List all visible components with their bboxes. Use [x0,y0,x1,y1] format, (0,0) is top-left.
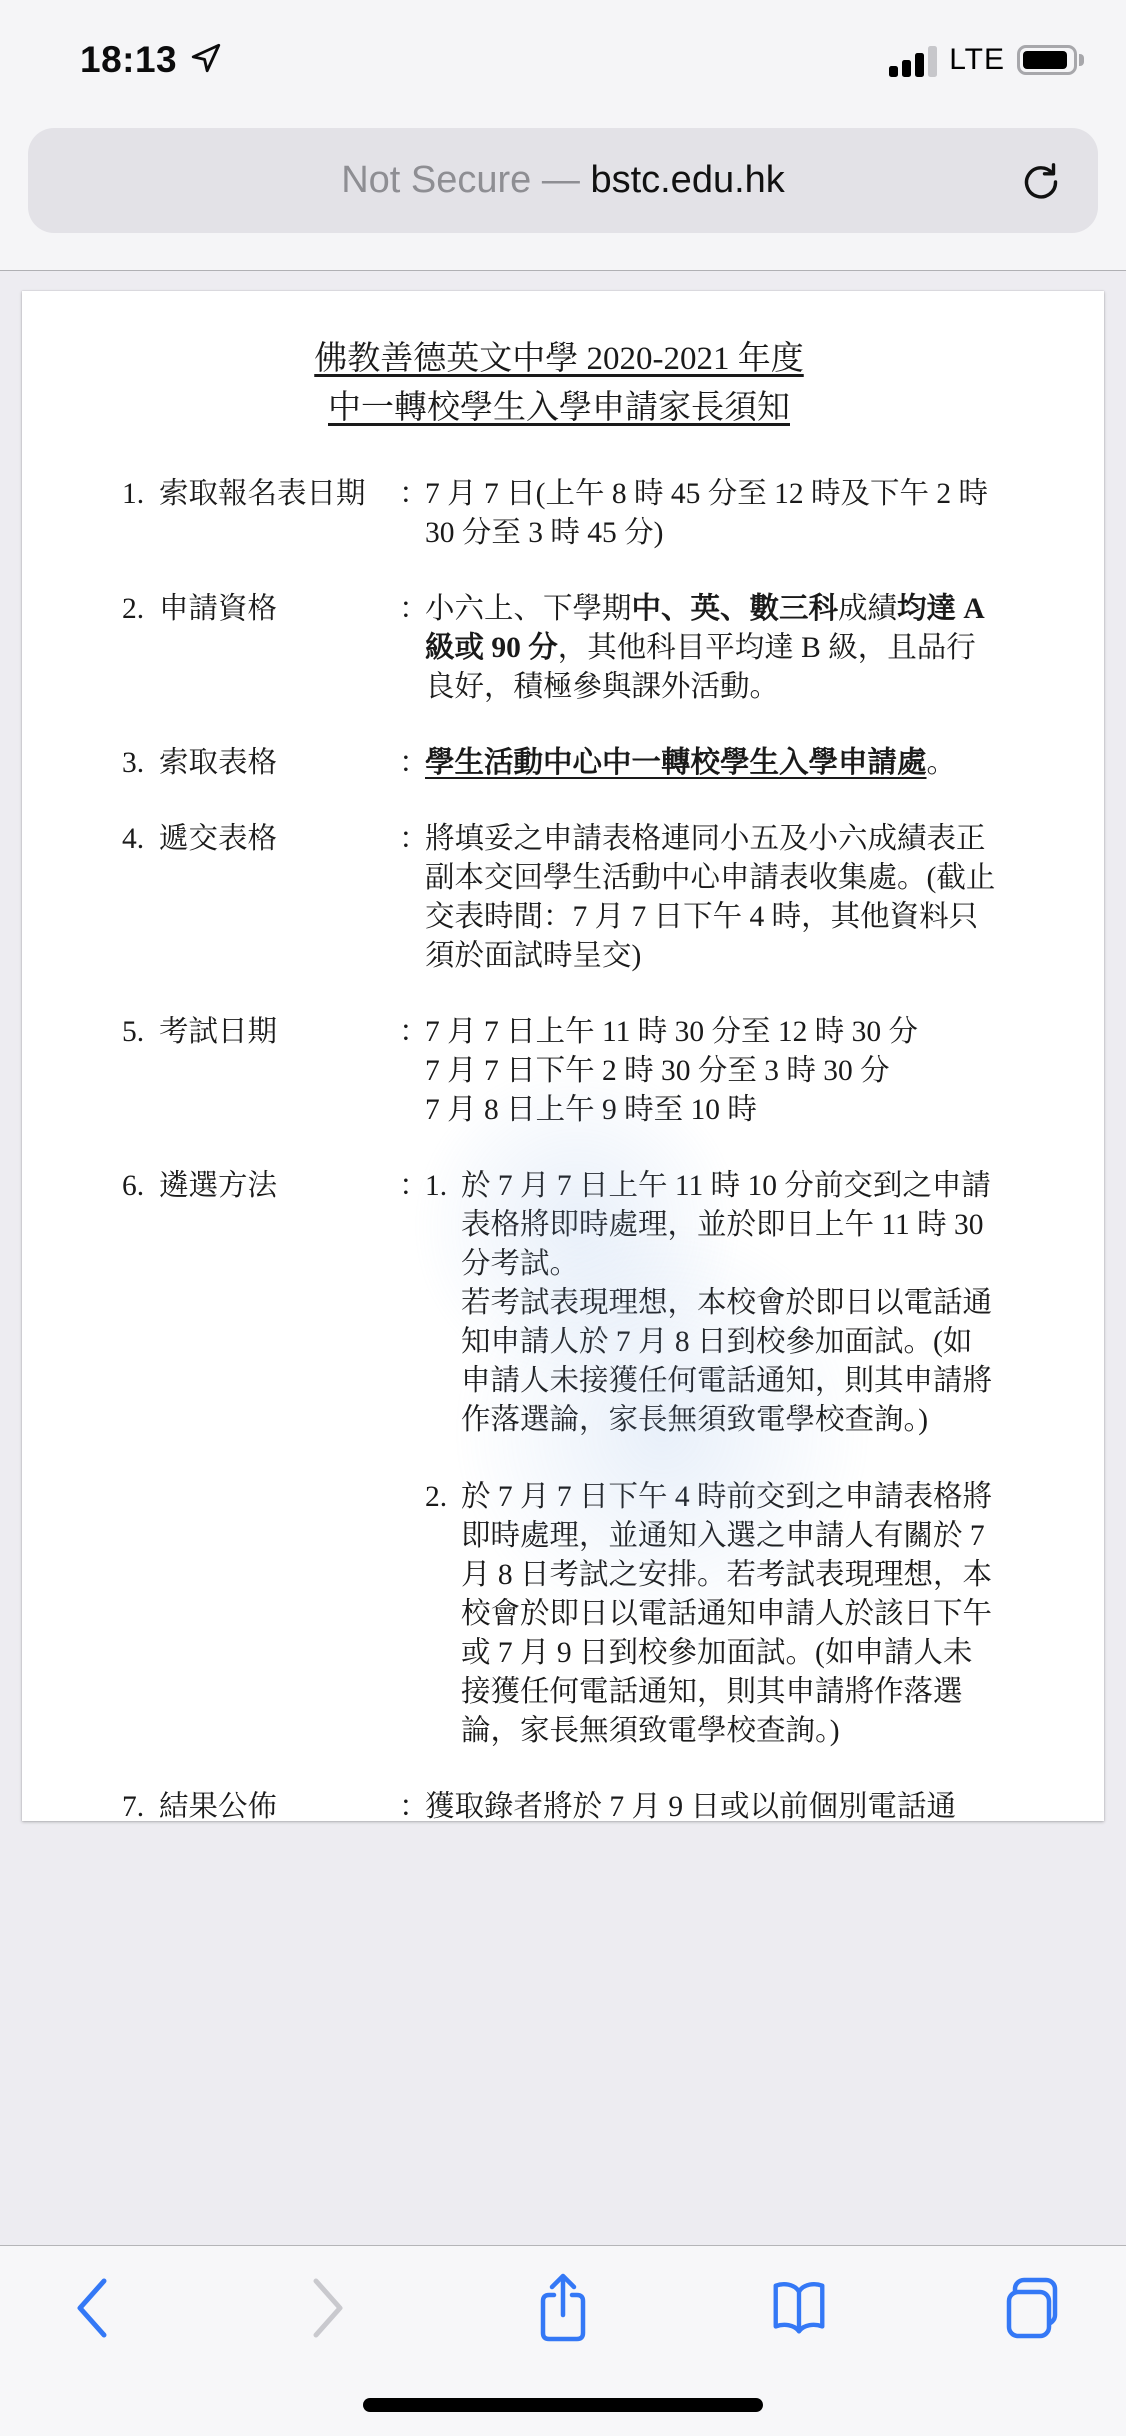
bookmarks-icon[interactable] [767,2272,831,2344]
url-text: Not Secure — bstc.edu.hk [341,159,785,202]
list-item-selection-method: 6. 遴選方法 ： 1. 於 7 月 7 日上午 11 時 10 分前交到之申請… [122,1167,996,1751]
selection-sub-item-2: 2. 於 7 月 7 日下午 4 時前交到之申請表格將即時處理，並通知入選之申請… [425,1478,996,1751]
battery-icon [1017,45,1084,75]
item-colon: ： [399,1013,425,1130]
item-colon: ： [399,475,425,553]
share-icon[interactable] [531,2272,595,2344]
item-number: 7. [122,1788,159,1821]
list-item-form-submission: 4. 遞交表格 ： 將填妥之申請表格連同小五及小六成績表正副本交回學生活動中心申… [122,820,996,976]
document-title-line1: 佛教善德英文中學 2020-2021 年度 [122,335,996,384]
item-content: 獲取錄者將於 7 月 9 日或以前個別電話通知。(如申請人未接獲任何電話通知，則… [425,1788,996,1821]
item-label: 申請資格 [159,590,399,707]
network-type-label: LTE [949,43,1005,77]
url-domain: bstc.edu.hk [590,159,784,201]
list-item-application-form-date: 1. 索取報名表日期 ： 7 月 7 日(上午 8 時 45 分至 12 時及下… [122,475,996,553]
item-colon: ： [399,1788,425,1821]
list-item-result-announcement: 7. 結果公佈 ： 獲取錄者將於 7 月 9 日或以前個別電話通知。(如申請人未… [122,1788,996,1821]
item-number: 5. [122,1013,159,1130]
exam-date-line: 7 月 8 日上午 9 時至 10 時 [425,1091,996,1130]
selection-sub-item-1: 1. 於 7 月 7 日上午 11 時 10 分前交到之申請表格將即時處理，並於… [425,1167,996,1440]
status-bar: 18:13 LTE [0,0,1126,100]
item-number: 6. [122,1167,159,1751]
item-content: 7 月 7 日(上午 8 時 45 分至 12 時及下午 2 時 30 分至 3… [425,475,996,553]
signal-bars-icon [889,43,937,77]
item-colon: ： [399,744,425,783]
item-label: 索取報名表日期 [159,475,399,553]
item-label: 考試日期 [159,1013,399,1130]
url-bar[interactable]: Not Secure — bstc.edu.hk [28,128,1098,233]
item-number: 4. [122,820,159,976]
item-label: 結果公佈 [159,1788,399,1821]
item-content: 7 月 7 日上午 11 時 30 分至 12 時 30 分 7 月 7 日下午… [425,1013,996,1130]
item-number: 3. [122,744,159,783]
sub-item-number: 1. [425,1167,461,1440]
item-content: 將填妥之申請表格連同小五及小六成績表正副本交回學生活動中心申請表收集處。(截止交… [425,820,996,976]
browser-bottom-toolbar [0,2245,1126,2436]
item-label: 遴選方法 [159,1167,399,1751]
list-item-form-collection: 3. 索取表格 ： 學生活動中心中一轉校學生入學申請處。 [122,744,996,783]
item-number: 1. [122,475,159,553]
list-item-exam-dates: 5. 考試日期 ： 7 月 7 日上午 11 時 30 分至 12 時 30 分… [122,1013,996,1130]
item-colon: ： [399,590,425,707]
tabs-icon[interactable] [1002,2272,1066,2344]
item-colon: ： [399,820,425,976]
item-label: 索取表格 [159,744,399,783]
sub-item-content: 於 7 月 7 日下午 4 時前交到之申請表格將即時處理，並通知入選之申請人有關… [461,1478,996,1751]
url-security-label: Not Secure — [341,159,590,201]
sub-item-content: 於 7 月 7 日上午 11 時 10 分前交到之申請表格將即時處理，並於即日上… [461,1167,996,1440]
item-label: 遞交表格 [159,820,399,976]
sub-item-number: 2. [425,1478,461,1751]
document-title: 佛教善德英文中學 2020-2021 年度 中一轉校學生入學申請家長須知 [122,335,996,433]
location-arrow-icon [189,41,223,80]
item-content: 學生活動中心中一轉校學生入學申請處。 [425,744,996,783]
list-item-eligibility: 2. 申請資格 ： 小六上、下學期中、英、數三科成績均達 A 級或 90 分，其… [122,590,996,707]
item-content: 1. 於 7 月 7 日上午 11 時 10 分前交到之申請表格將即時處理，並於… [425,1167,996,1751]
collection-location-text: 學生活動中心中一轉校學生入學申請處 [425,747,927,779]
status-time: 18:13 [80,39,177,81]
document-list: 1. 索取報名表日期 ： 7 月 7 日(上午 8 時 45 分至 12 時及下… [122,475,996,1821]
browser-top-chrome: 18:13 LTE Not Secure — bstc.edu.hk [0,0,1126,271]
reload-button[interactable] [1006,128,1076,233]
home-indicator[interactable] [363,2398,763,2412]
exam-date-line: 7 月 7 日下午 2 時 30 分至 3 時 30 分 [425,1052,996,1091]
web-content-area[interactable]: 佛教善德英文中學 2020-2021 年度 中一轉校學生入學申請家長須知 1. … [0,272,1126,2245]
exam-date-line: 7 月 7 日上午 11 時 30 分至 12 時 30 分 [425,1013,996,1052]
item-colon: ： [399,1167,425,1751]
item-number: 2. [122,590,159,707]
forward-button[interactable] [296,2272,360,2344]
document-title-line2: 中一轉校學生入學申請家長須知 [122,384,996,433]
item-content: 小六上、下學期中、英、數三科成績均達 A 級或 90 分，其他科目平均達 B 級… [425,590,996,707]
back-button[interactable] [60,2272,124,2344]
document-page: 佛教善德英文中學 2020-2021 年度 中一轉校學生入學申請家長須知 1. … [22,291,1104,1821]
